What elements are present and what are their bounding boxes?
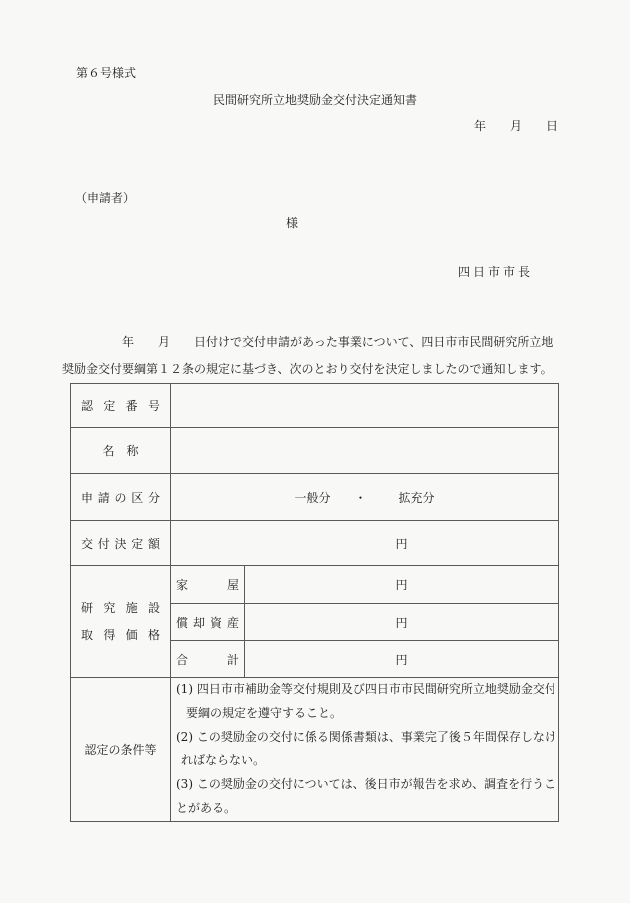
table-row-conditions: 認定の条件等 (1) 四日市市補助金等交付規則及び四日市市民間研究所立地奨励金交… <box>71 678 559 822</box>
form-number: 第６号様式 <box>76 64 136 81</box>
house-label: 家 屋 <box>171 576 244 593</box>
category-separator-dot: ・ <box>354 491 398 505</box>
table-row-house: 研 究 施 設 取 得 価 格 家 屋 円 <box>71 566 559 604</box>
notification-form-page: 第６号様式 民間研究所立地奨励金交付決定通知書 年 月 日 （申請者） 様 四日… <box>0 0 630 903</box>
sender-mayor: 四日市市長 <box>458 263 533 280</box>
certification-number-value-cell <box>171 384 559 428</box>
total-label: 合 計 <box>171 651 244 668</box>
house-value-cell: 円 <box>245 566 559 604</box>
application-category-label: 申 請 の 区 分 <box>71 489 170 506</box>
grant-amount-label-cell: 交 付 決 定 額 <box>71 521 171 566</box>
condition-line-1: (1) 四日市市補助金等交付規則及び四日市市民間研究所立地奨励金交付 <box>176 678 554 702</box>
condition-line-3: (2) この奨励金の交付に係る関係書類は、事業完了後５年間保存しなけ <box>176 726 554 750</box>
category-expansion-option: 拡充分 <box>399 491 435 505</box>
certification-number-label: 認 定 番 号 <box>71 397 170 414</box>
condition-line-2: 要綱の規定を遵守すること。 <box>176 702 554 726</box>
grant-amount-value-cell: 円 <box>171 521 559 566</box>
applicant-label: （申請者） <box>75 189 135 206</box>
conditions-label-cell: 認定の条件等 <box>71 678 171 822</box>
total-label-cell: 合 計 <box>171 641 245 678</box>
depreciable-assets-label-cell: 償 却 資 産 <box>171 604 245 641</box>
honorific-sama: 様 <box>286 214 298 231</box>
facility-price-label: 研 究 施 設 取 得 価 格 <box>71 595 170 649</box>
condition-line-5: (3) この奨励金の交付については、後日市が報告を求め、調査を行うこ <box>176 773 554 797</box>
name-label: 名 称 <box>71 442 170 459</box>
grant-amount-label: 交 付 決 定 額 <box>71 535 170 552</box>
date-placeholder: 年 月 日 <box>474 117 558 134</box>
name-value-cell <box>171 428 559 474</box>
document-title: 民間研究所立地奨励金交付決定通知書 <box>0 91 630 108</box>
conditions-label: 認定の条件等 <box>71 741 170 758</box>
grant-decision-table: 認 定 番 号 名 称 申 請 の 区 分 一般分・拡充分 交 付 決 定 額 … <box>70 383 559 822</box>
yen-unit: 円 <box>395 578 407 592</box>
total-value-cell: 円 <box>245 641 559 678</box>
conditions-value-cell: (1) 四日市市補助金等交付規則及び四日市市民間研究所立地奨励金交付 要綱の規定… <box>171 678 559 822</box>
name-label-cell: 名 称 <box>71 428 171 474</box>
depreciable-assets-value-cell: 円 <box>245 604 559 641</box>
category-general-option: 一般分 <box>294 491 330 505</box>
yen-unit: 円 <box>395 653 407 667</box>
body-paragraph: 年 月 日付けで交付申請があった事業について、四日市市民間研究所立地 奨励金交付… <box>62 329 564 383</box>
facility-price-label-cell: 研 究 施 設 取 得 価 格 <box>71 566 171 678</box>
condition-line-4: ればならない。 <box>176 749 554 773</box>
certification-number-label-cell: 認 定 番 号 <box>71 384 171 428</box>
yen-unit: 円 <box>395 616 407 630</box>
conditions-text: (1) 四日市市補助金等交付規則及び四日市市民間研究所立地奨励金交付 要綱の規定… <box>171 678 558 821</box>
table-row-name: 名 称 <box>71 428 559 474</box>
table-row-grant-amount: 交 付 決 定 額 円 <box>71 521 559 566</box>
depreciable-assets-label: 償 却 資 産 <box>171 614 244 631</box>
facility-price-label-line2: 取 得 価 格 <box>71 622 170 649</box>
application-category-value-cell: 一般分・拡充分 <box>171 474 559 521</box>
table-row-certification-number: 認 定 番 号 <box>71 384 559 428</box>
house-label-cell: 家 屋 <box>171 566 245 604</box>
body-line-2: 奨励金交付要綱第１２条の規定に基づき、次のとおり交付を決定しましたので通知します… <box>62 356 564 383</box>
facility-price-label-line1: 研 究 施 設 <box>71 595 170 622</box>
yen-unit: 円 <box>395 537 407 551</box>
table-row-application-category: 申 請 の 区 分 一般分・拡充分 <box>71 474 559 521</box>
application-category-label-cell: 申 請 の 区 分 <box>71 474 171 521</box>
body-line-1: 年 月 日付けで交付申請があった事業について、四日市市民間研究所立地 <box>62 329 564 356</box>
condition-line-6: とがある。 <box>176 797 554 821</box>
